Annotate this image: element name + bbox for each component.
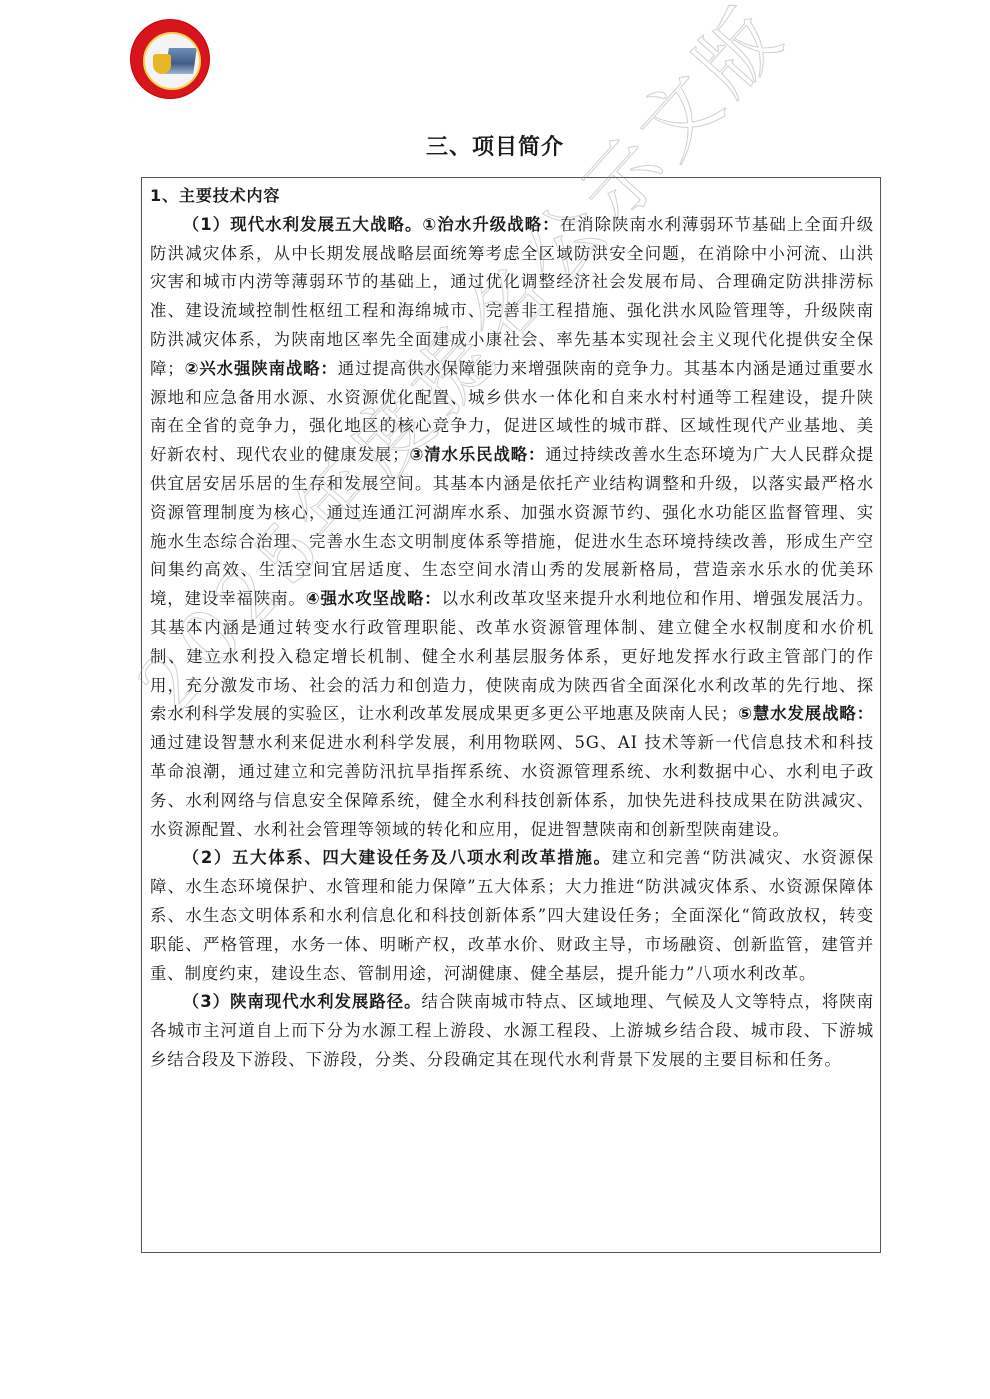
paragraph-five-strategies: （1）现代水利发展五大战略。①治水升级战略：在消除陕南水利薄弱环节基础上全面升级…	[150, 211, 874, 845]
paragraph-systems-tasks-reforms: （2）五大体系、四大建设任务及八项水利改革措施。建立和完善“防洪减灾、水资源保障…	[150, 844, 874, 988]
seal-emblem-icon	[143, 32, 201, 90]
strategy-5-text: 通过建设智慧水利来促进水利科学发展，利用物联网、5G、AI 技术等新一代信息技术…	[150, 733, 874, 838]
strategy-3-text: 通过持续改善水生态环境为广大人民群众提供宜居安居乐居的生存和发展空间。其基本内涵…	[150, 445, 874, 608]
strategy-2-heading: ②兴水强陕南战略：	[185, 359, 338, 378]
strategy-4-heading: ④强水攻坚战略：	[306, 589, 442, 608]
strategy-5-heading: ⑤慧水发展战略：	[738, 704, 874, 723]
strategy-1-heading: （1）现代水利发展五大战略。①治水升级战略：	[183, 215, 560, 234]
project-summary-content: 1、主要技术内容 （1）现代水利发展五大战略。①治水升级战略：在消除陕南水利薄弱…	[150, 182, 874, 1075]
strategy-1-text: 在消除陕南水利薄弱环节基础上全面升级防洪减灾体系，从中长期发展战略层面统筹考虑全…	[150, 215, 874, 378]
project-summary-box: 1、主要技术内容 （1）现代水利发展五大战略。①治水升级战略：在消除陕南水利薄弱…	[141, 177, 881, 1253]
paragraph-development-path: （3）陕南现代水利发展路径。结合陕南城市特点、区域地理、气候及人文等特点，将陕南…	[150, 988, 874, 1074]
systems-heading: （2）五大体系、四大建设任务及八项水利改革措施。	[183, 848, 612, 867]
path-heading: （3）陕南现代水利发展路径。	[183, 992, 422, 1011]
strategy-3-heading: ③清水乐民战略：	[409, 445, 545, 464]
systems-text: 建立和完善“防洪减灾、水资源保障、水生态环境保护、水管理和能力保障”五大体系；大…	[150, 848, 874, 982]
section-heading: 1、主要技术内容	[150, 182, 874, 211]
page-title: 三、项目简介	[0, 130, 990, 161]
organization-seal-logo	[131, 20, 209, 98]
trophy-icon	[153, 54, 171, 74]
